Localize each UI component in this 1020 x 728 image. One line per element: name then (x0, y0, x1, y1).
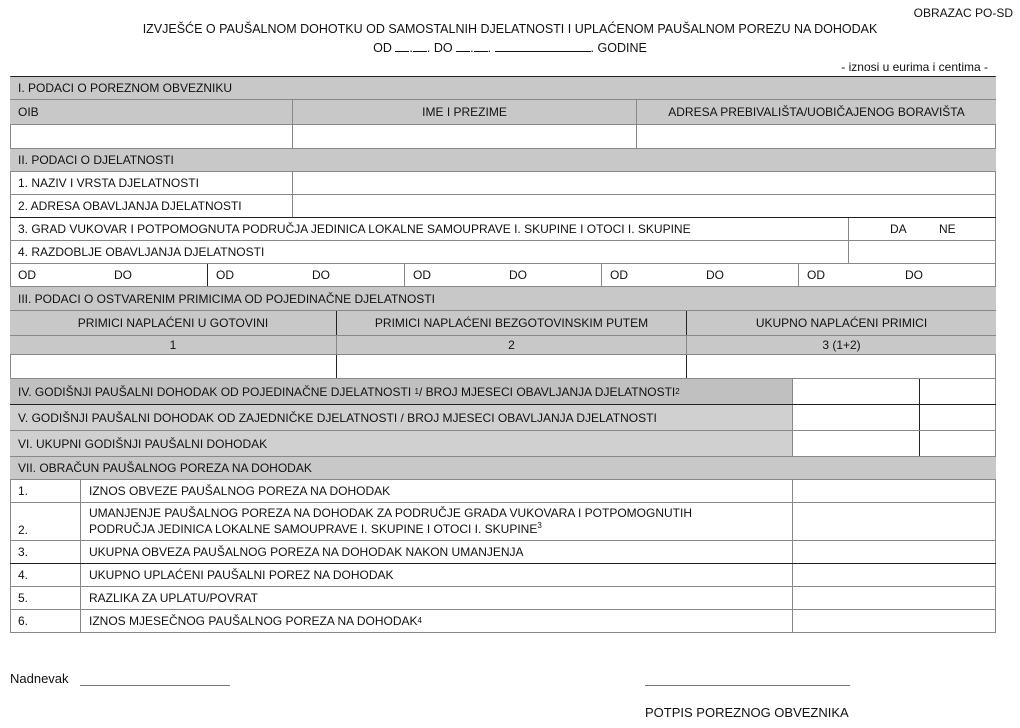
gotovina-field[interactable] (10, 355, 336, 378)
tax-row-2-value[interactable] (792, 503, 996, 540)
period-do-day-field[interactable] (456, 40, 470, 52)
period-do: DO (114, 268, 132, 282)
tax-row-6-label: IZNOS MJESEČNOG PAUŠALNOG POREZA NA DOHO… (89, 614, 418, 628)
vukovar-ne-option[interactable]: NE (939, 222, 956, 236)
section-4-row: IV. GODIŠNJI PAUŠALNI DOHODAK OD POJEDIN… (10, 379, 996, 405)
bezgotovinski-field[interactable] (336, 355, 686, 378)
section-2-item-4: 4. RAZDOBLJE OBAVLJANJA DJELATNOSTI (10, 241, 996, 264)
column-oib: OIB (10, 100, 292, 124)
period-do: DO (706, 268, 724, 282)
tax-row-1: 1. IZNOS OBVEZE PAUŠALNOG POREZA NA DOHO… (10, 480, 996, 503)
tax-row-label: UKUPNO UPLAĆENI PAUŠALNI POREZ NA DOHODA… (80, 564, 792, 586)
date-label: Nadnevak (10, 671, 69, 686)
ime-prezime-field[interactable] (292, 125, 636, 148)
section-3-column-numbers: 1 2 3 (1+2) (10, 336, 996, 355)
vukovar-da-ne: DA NE (848, 218, 996, 240)
section-4-title: IV. GODIŠNJI PAUŠALNI DOHODAK OD POJEDIN… (10, 379, 792, 404)
period-od: OD (807, 268, 825, 282)
razdoblje-label: 4. RAZDOBLJE OBAVLJANJA DJELATNOSTI (10, 241, 848, 263)
column-ukupno: UKUPNO NAPLAĆENI PRIMICI (686, 311, 996, 335)
tax-row-5-value[interactable] (792, 587, 996, 609)
tax-row-label-line-1: UMANJENJE PAUŠALNOG POREZA NA DOHODAK ZA… (89, 505, 792, 521)
period-dot: . (488, 41, 491, 55)
tax-row-number: 2. (10, 503, 80, 540)
report-period: OD .. DO .. . GODINE (0, 40, 1020, 55)
section-4-label: IV. GODIŠNJI PAUŠALNI DOHODAK OD POJEDIN… (18, 385, 411, 399)
adresa-djelatnosti-field[interactable] (292, 195, 996, 217)
naziv-djelatnosti-label: 1. NAZIV I VRSTA DJELATNOSTI (10, 172, 292, 194)
column-ime-prezime: IME I PREZIME (292, 100, 636, 124)
column-bezgotovinski: PRIMICI NAPLAĆENI BEZGOTOVINSKIM PUTEM (336, 311, 686, 335)
period-dot: . (427, 41, 430, 55)
section-3-values (10, 355, 996, 379)
period-do: DO (905, 268, 923, 282)
footnote-ref-3: 3 (537, 521, 541, 530)
tax-row-number: 3. (10, 541, 80, 563)
period-od: OD (216, 268, 234, 282)
section-6-row: VI. UKUPNI GODIŠNJI PAUŠALNI DOHODAK (10, 431, 996, 457)
section-3-columns: PRIMICI NAPLAĆENI U GOTOVINI PRIMICI NAP… (10, 311, 996, 336)
tax-row-4-value[interactable] (792, 564, 996, 586)
period-od-label: OD (373, 41, 392, 55)
period-od: OD (413, 268, 431, 282)
column-number-1: 1 (10, 336, 336, 354)
section-4-value-2[interactable] (919, 379, 996, 404)
form-code: OBRAZAC PO-SD (914, 6, 1013, 20)
section-4-value-1[interactable] (792, 379, 919, 404)
tax-row-number: 1. (10, 480, 80, 502)
section-6-title: VI. UKUPNI GODIŠNJI PAUŠALNI DOHODAK (10, 431, 792, 456)
tax-row-number: 5. (10, 587, 80, 609)
section-2-item-2: 2. ADRESA OBAVLJANJA DJELATNOSTI (10, 195, 996, 218)
date-field[interactable] (80, 685, 230, 686)
period-godine-label: . GODINE (591, 41, 647, 55)
vukovar-da-option[interactable]: DA (890, 222, 907, 236)
tax-row-6-value[interactable] (792, 610, 996, 632)
tax-row-number: 4. (10, 564, 80, 586)
column-gotovina: PRIMICI NAPLAĆENI U GOTOVINI (10, 311, 336, 335)
tax-row-label: RAZLIKA ZA UPLATU/POVRAT (80, 587, 792, 609)
oib-field[interactable] (10, 125, 292, 148)
section-5-value-2[interactable] (919, 405, 996, 430)
section-2-header: II. PODACI O DJELATNOSTI (10, 149, 996, 172)
section-2-title: II. PODACI O DJELATNOSTI (10, 149, 996, 171)
naziv-djelatnosti-field[interactable] (292, 172, 996, 194)
period-4[interactable]: OD DO (601, 264, 798, 286)
section-7-header: VII. OBRAČUN PAUŠALNOG POREZA NA DOHODAK (10, 457, 996, 480)
form-title: IZVJEŠĆE O PAUŠALNOM DOHOTKU OD SAMOSTAL… (0, 22, 1020, 36)
tax-row-6: 6. IZNOS MJESEČNOG PAUŠALNOG POREZA NA D… (10, 610, 996, 633)
section-5-row: V. GODIŠNJI PAUŠALNI DOHODAK OD ZAJEDNIČ… (10, 405, 996, 431)
period-od: OD (18, 268, 36, 282)
tax-row-5: 5. RAZLIKA ZA UPLATU/POVRAT (10, 587, 996, 610)
period-year-field[interactable] (495, 40, 591, 52)
section-3-header: III. PODACI O OSTVARENIM PRIMICIMA OD PO… (10, 287, 996, 311)
periods-row: OD DO OD DO OD DO OD DO OD DO (10, 264, 996, 287)
period-od-day-field[interactable] (395, 40, 409, 52)
signature-label: POTPIS POREZNOG OBVEZNIKA (645, 705, 849, 720)
tax-row-2: 2. UMANJENJE PAUŠALNOG POREZA NA DOHODAK… (10, 503, 996, 541)
tax-row-label: UMANJENJE PAUŠALNOG POREZA NA DOHODAK ZA… (80, 503, 792, 540)
tax-row-label: IZNOS MJESEČNOG PAUŠALNOG POREZA NA DOHO… (80, 610, 792, 632)
column-adresa: ADRESA PREBIVALIŠTA/UOBIČAJENOG BORAVIŠT… (636, 100, 996, 124)
period-do-label: DO (434, 41, 453, 55)
section-1-columns: OIB IME I PREZIME ADRESA PREBIVALIŠTA/UO… (10, 100, 996, 125)
tax-row-3: 3. UKUPNA OBVEZA PAUŠALNOG POREZA NA DOH… (10, 541, 996, 564)
tax-row-4: 4. UKUPNO UPLAĆENI PAUŠALNI POREZ NA DOH… (10, 564, 996, 587)
period-2[interactable]: OD DO (207, 264, 404, 286)
period-od-month-field[interactable] (413, 40, 427, 52)
adresa-field[interactable] (636, 125, 996, 148)
section-2-item-1: 1. NAZIV I VRSTA DJELATNOSTI (10, 172, 996, 195)
section-1-values (10, 125, 996, 149)
period-5[interactable]: OD DO (798, 264, 996, 286)
vukovar-label: 3. GRAD VUKOVAR I POTPOMOGNUTA PODRUČJA … (10, 218, 848, 240)
adresa-djelatnosti-label: 2. ADRESA OBAVLJANJA DJELATNOSTI (10, 195, 292, 217)
column-number-3: 3 (1+2) (686, 336, 996, 354)
tax-row-label: UKUPNA OBVEZA PAUŠALNOG POREZA NA DOHODA… (80, 541, 792, 563)
period-3[interactable]: OD DO (404, 264, 601, 286)
section-6-value-1[interactable] (792, 431, 919, 456)
section-5-value-1[interactable] (792, 405, 919, 430)
section-5-title: V. GODIŠNJI PAUŠALNI DOHODAK OD ZAJEDNIČ… (10, 405, 792, 430)
section-1-title: I. PODACI O POREZNOM OBVEZNIKU (10, 77, 996, 99)
tax-row-label: IZNOS OBVEZE PAUŠALNOG POREZA NA DOHODAK (80, 480, 792, 502)
section-2-item-3: 3. GRAD VUKOVAR I POTPOMOGNUTA PODRUČJA … (10, 218, 996, 241)
section-4-label-mid: / BROJ MJESECI OBAVLJANJA DJELATNOSTI (419, 385, 675, 399)
tax-row-number: 6. (10, 610, 80, 632)
section-3-title: III. PODACI O OSTVARENIM PRIMICIMA OD PO… (10, 287, 996, 310)
period-1[interactable]: OD DO (10, 264, 207, 286)
amounts-note: - iznosi u eurima i centima - (841, 60, 988, 74)
section-1-header: I. PODACI O POREZNOM OBVEZNIKU (10, 77, 996, 100)
signature-field[interactable] (645, 685, 850, 686)
period-do: DO (312, 268, 330, 282)
period-od: OD (610, 268, 628, 282)
section-7-title: VII. OBRAČUN PAUŠALNOG POREZA NA DOHODAK (10, 457, 996, 479)
column-number-2: 2 (336, 336, 686, 354)
tax-row-1-value[interactable] (792, 480, 996, 502)
period-do: DO (509, 268, 527, 282)
section-6-value-2[interactable] (919, 431, 996, 456)
tax-row-label-line-2: PODRUČJA JEDINICA LOKALNE SAMOUPRAVE I. … (89, 522, 537, 536)
vukovar-answer-field[interactable] (848, 241, 996, 263)
tax-row-3-value[interactable] (792, 541, 996, 563)
period-do-month-field[interactable] (474, 40, 488, 52)
ukupno-field[interactable] (686, 355, 996, 378)
